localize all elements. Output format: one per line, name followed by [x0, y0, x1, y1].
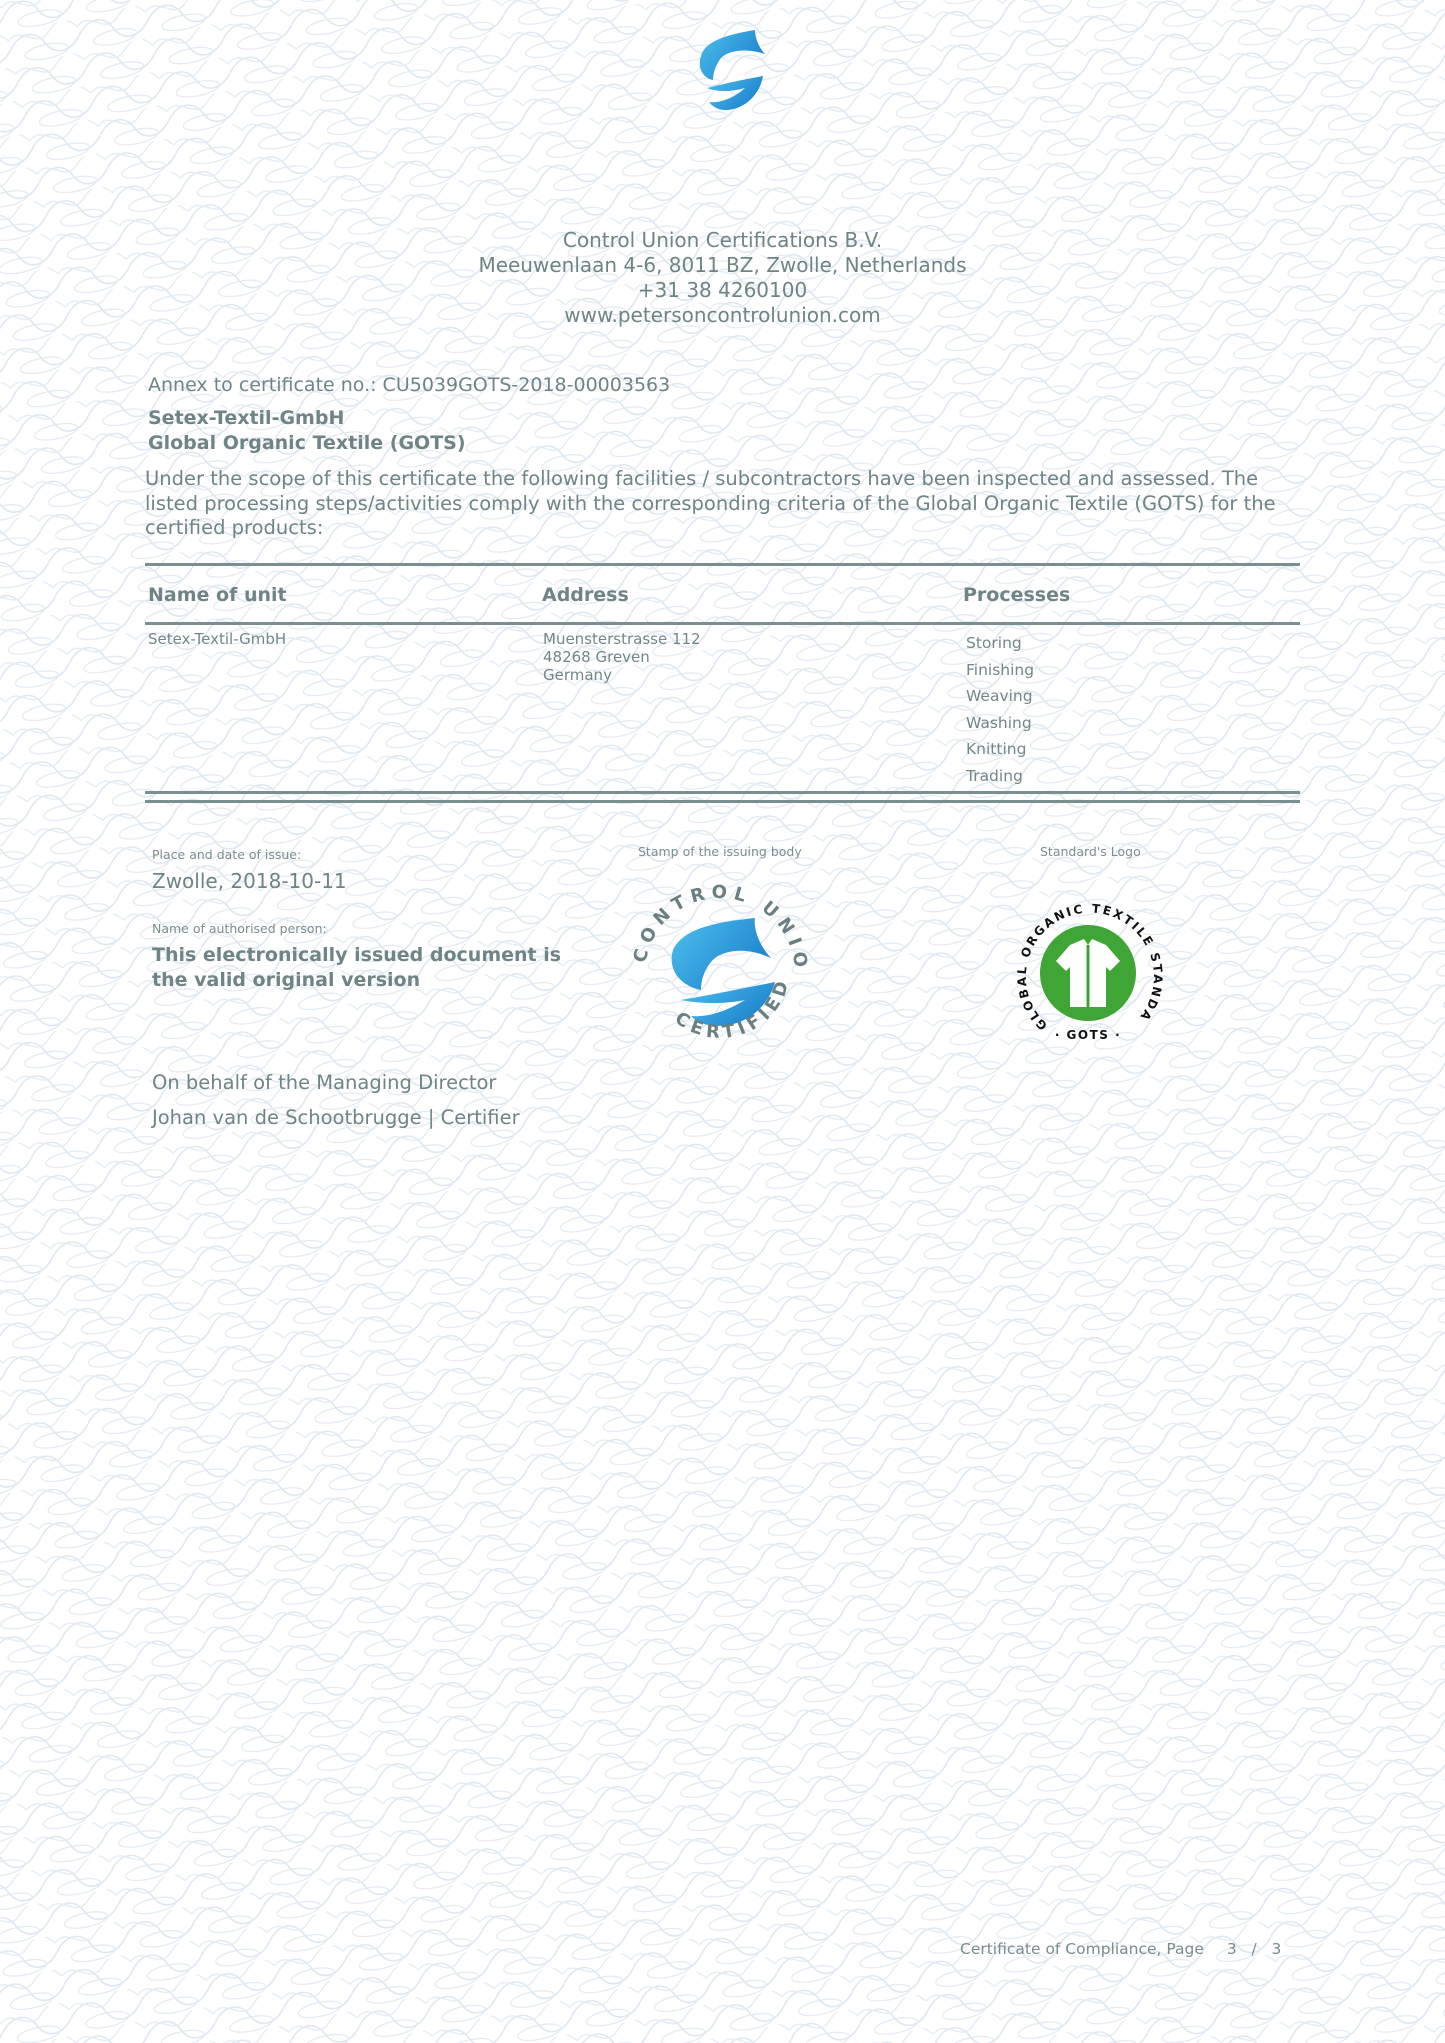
process-item: Washing	[966, 710, 1034, 737]
page-number: 3	[1227, 1940, 1237, 1958]
unit-processes-cell: Storing Finishing Weaving Washing Knitti…	[966, 630, 1034, 790]
issuer-address: Meeuwenlaan 4-6, 8011 BZ, Zwolle, Nether…	[0, 253, 1445, 278]
unit-name-cell: Setex-Textil-GmbH	[148, 630, 286, 648]
signature-role: On behalf of the Managing Director	[152, 1065, 520, 1100]
column-header-processes: Processes	[963, 584, 1070, 606]
authorised-person-label: Name of authorised person:	[152, 921, 327, 936]
authorised-person-value: This electronically issued document is t…	[152, 943, 561, 993]
control-union-certified-stamp-icon: CONTROL UNION CERTIFIED	[625, 878, 815, 1068]
process-item: Knitting	[966, 736, 1034, 763]
page-total: 3	[1272, 1940, 1282, 1958]
authorised-line-1: This electronically issued document is	[152, 943, 561, 968]
issuer-name: Control Union Certifications B.V.	[0, 228, 1445, 253]
signature-name: Johan van de Schootbrugge | Certifier	[152, 1100, 520, 1135]
signature-block: On behalf of the Managing Director Johan…	[152, 1065, 520, 1135]
column-header-address: Address	[542, 584, 629, 606]
standard-name: Global Organic Textile (GOTS)	[148, 431, 466, 456]
standard-logo-label: Standard's Logo	[1040, 844, 1141, 859]
control-union-logo-icon	[683, 28, 773, 118]
authorised-line-2: the valid original version	[152, 968, 561, 993]
issuer-header: Control Union Certifications B.V. Meeuwe…	[0, 228, 1445, 328]
process-item: Finishing	[966, 657, 1034, 684]
address-city: 48268 Greven	[543, 648, 701, 666]
table-top-rule	[145, 563, 1300, 566]
issuer-phone: +31 38 4260100	[0, 278, 1445, 303]
table-header-rule	[145, 622, 1300, 625]
issuer-website[interactable]: www.petersoncontrolunion.com	[0, 303, 1445, 328]
certified-company-block: Setex-Textil-GmbH Global Organic Textile…	[148, 406, 466, 456]
stamp-label: Stamp of the issuing body	[638, 844, 802, 859]
company-name: Setex-Textil-GmbH	[148, 406, 466, 431]
table-bottom-rule	[145, 791, 1300, 794]
svg-text:· GOTS ·: · GOTS ·	[1055, 1028, 1121, 1042]
page-footer: Certificate of Compliance, Page 3 / 3	[960, 1940, 1281, 1958]
address-street: Muensterstrasse 112	[543, 630, 701, 648]
unit-address-cell: Muensterstrasse 112 48268 Greven Germany	[543, 630, 701, 684]
annex-certificate-number: Annex to certificate no.: CU5039GOTS-201…	[148, 374, 670, 396]
process-item: Weaving	[966, 683, 1034, 710]
gots-standard-logo-icon: GLOBAL ORGANIC TEXTILE STANDARD · GOTS ·	[1008, 893, 1168, 1053]
process-item: Trading	[966, 763, 1034, 790]
place-date-value: Zwolle, 2018-10-11	[152, 869, 347, 893]
page-separator: /	[1252, 1940, 1257, 1958]
table-bottom-rule-2	[145, 800, 1300, 803]
place-date-label: Place and date of issue:	[152, 847, 301, 862]
certificate-annex-page: Control Union Certifications B.V. Meeuwe…	[0, 0, 1445, 2043]
footer-label: Certificate of Compliance, Page	[960, 1940, 1204, 1958]
address-country: Germany	[543, 666, 701, 684]
process-item: Storing	[966, 630, 1034, 657]
column-header-name: Name of unit	[148, 584, 287, 606]
scope-intro-text: Under the scope of this certificate the …	[145, 467, 1305, 541]
